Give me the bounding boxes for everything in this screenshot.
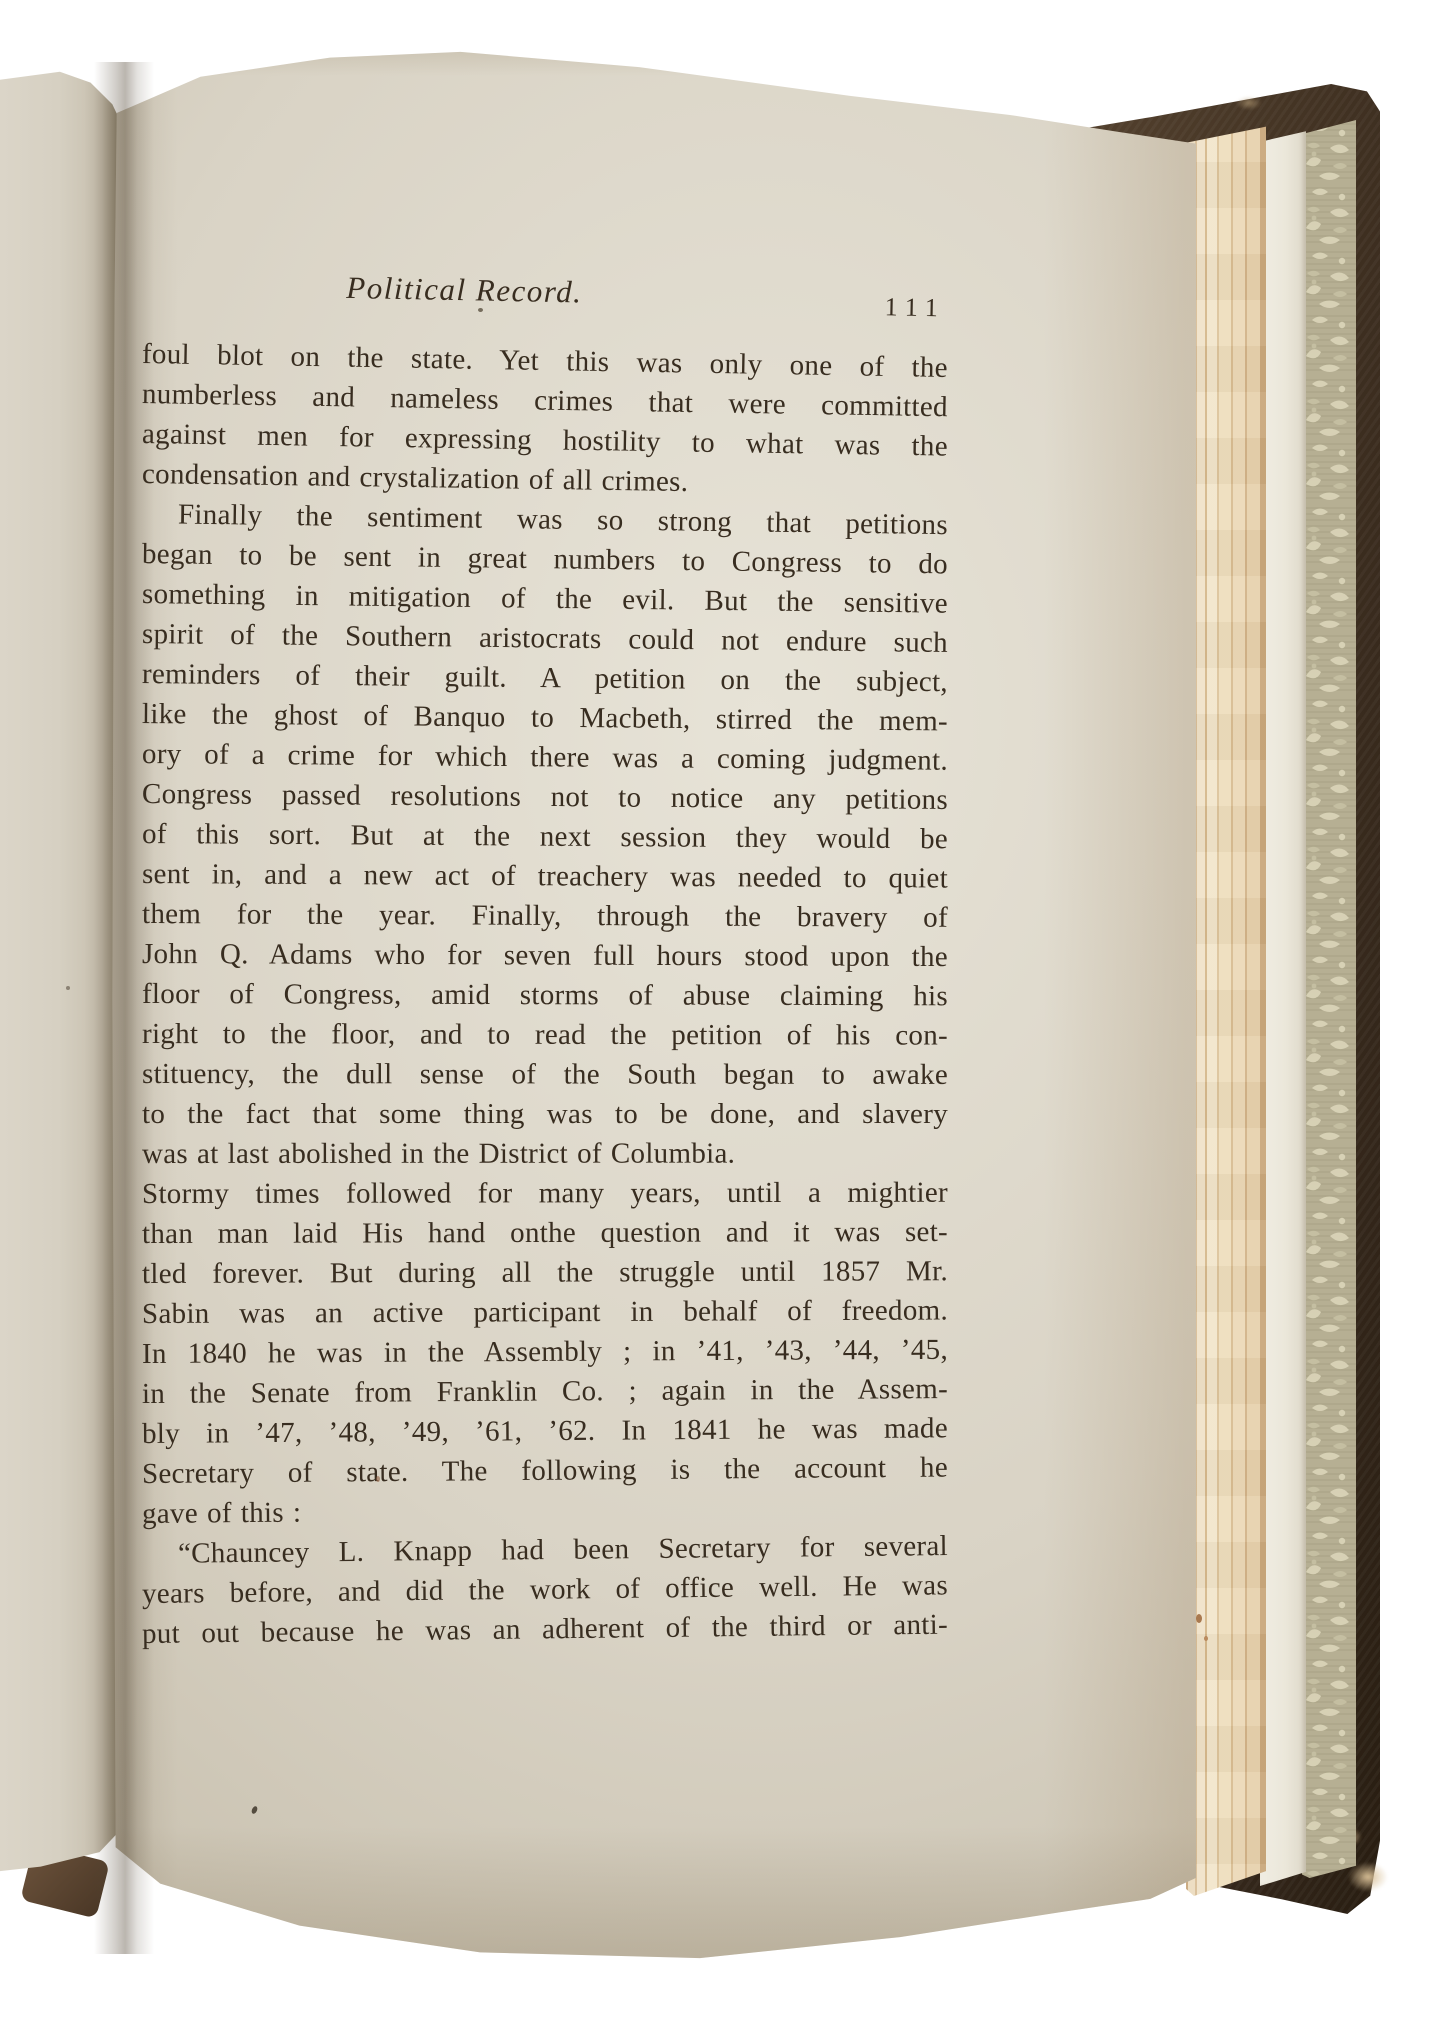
text-line: in the Senate from Franklin Co. ; again …	[142, 1369, 948, 1414]
text-block: Political Record. 111 foul blot on the s…	[142, 266, 948, 1654]
text-line: to the fact that some thing was to be do…	[142, 1094, 948, 1134]
text-line: Stormy times followed for many years, un…	[142, 1173, 948, 1214]
text-line: Sabin was an active participant in behal…	[142, 1290, 948, 1334]
text-line: than man laid His hand onthe question an…	[142, 1212, 948, 1254]
text-line: of this sort. But at the next session th…	[142, 814, 948, 859]
text-line: them for the year. Finally, through the …	[142, 894, 948, 938]
page-edge-fleck	[1204, 1636, 1208, 1641]
endpaper-pattern-strip	[1302, 120, 1356, 1878]
floral-pattern-graphic	[1302, 120, 1356, 1878]
text-line: tled forever. But during all the struggl…	[142, 1251, 948, 1294]
text-line: John Q. Adams who for seven full hours s…	[142, 934, 948, 977]
cover-wear-spot	[1236, 96, 1262, 110]
cover-wear-spot	[1348, 1862, 1388, 1892]
text-line: was at last abolished in the District of…	[142, 1133, 948, 1174]
text-line: right to the floor, and to read the peti…	[142, 1014, 948, 1056]
text-line: stituency, the dull sense of the South b…	[142, 1054, 948, 1095]
text-line: sent in, and a new act of treachery was …	[142, 854, 948, 899]
ink-speck	[66, 986, 70, 990]
text-line: floor of Congress, amid storms of abuse …	[142, 974, 948, 1016]
running-head-title: Political Record.	[346, 270, 583, 311]
text-line: bly in ’47, ’48, ’49, ’61, ’62. In 1841 …	[142, 1408, 948, 1454]
text-line: ory of a crime for which there was a com…	[142, 734, 948, 781]
text-line: In 1840 he was in the Assembly ; in ’41,…	[142, 1330, 948, 1374]
text-line: Congress passed resolutions not to notic…	[142, 774, 948, 820]
page-number: 111	[884, 292, 946, 323]
page-header-row: Political Record. 111	[142, 266, 949, 325]
flyleaf-page-edge	[1260, 126, 1306, 1886]
page-edge-fleck	[1196, 1614, 1202, 1623]
ink-speck	[478, 308, 483, 312]
fore-edge-page-stack	[1186, 116, 1266, 1896]
ink-speck	[376, 1476, 380, 1482]
book-photo: Political Record. 111 foul blot on the s…	[0, 0, 1445, 2023]
body-text: foul blot on the state. Yet this was onl…	[142, 334, 948, 1654]
facing-page-sliver	[0, 70, 120, 1872]
text-line: put out because he was an adherent of th…	[142, 1605, 948, 1654]
